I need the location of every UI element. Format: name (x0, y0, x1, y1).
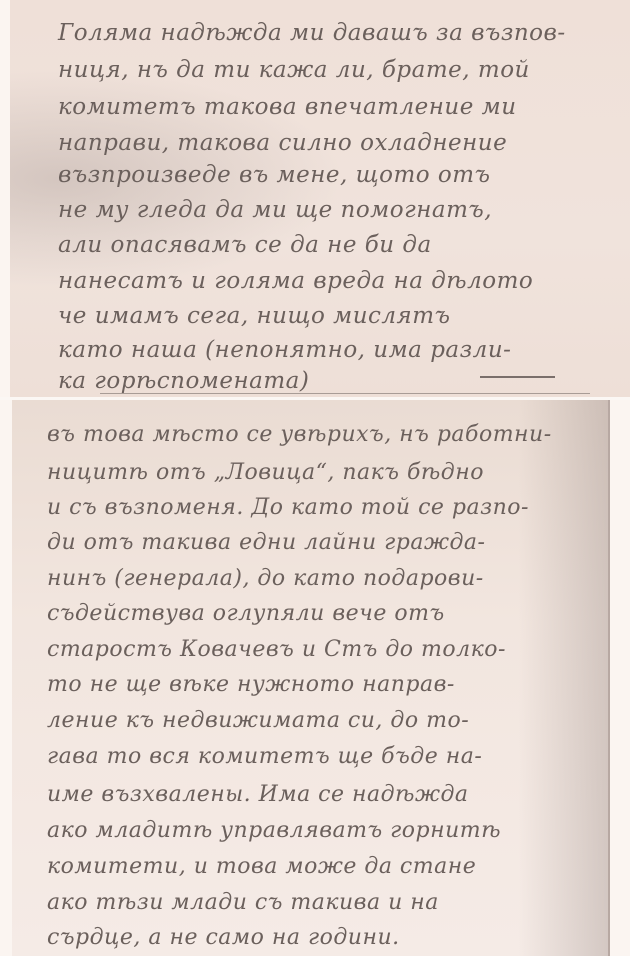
handwritten-line: ление къ недвижимата си, до то- (47, 708, 469, 733)
handwritten-line: старостъ Ковачевъ и Стъ до толко- (47, 637, 506, 662)
letter-fragment-top: Голяма надѣжда ми давашъ за възпов- ниця… (10, 0, 630, 397)
handwritten-line: комитетъ такова впечатление ми (58, 94, 517, 120)
handwritten-line: не му гледа да ми ще помогнатъ, (58, 197, 492, 223)
handwritten-line: въ това мѣсто се увѣрихъ, нъ работни- (47, 422, 552, 447)
handwritten-line: име възхвалены. Има се надѣжда (47, 782, 469, 807)
handwritten-line: сърдце, а не само на години. (47, 925, 400, 950)
handwritten-line: направи, такова силно охладнение (58, 130, 507, 156)
handwritten-line: възпроизведе въ мене, щото отъ (58, 162, 490, 188)
handwritten-line: комитети, и това може да стане (47, 854, 476, 879)
handwritten-line: като наша (непонятно, има разли- (58, 337, 511, 363)
ink-rule (100, 393, 590, 394)
handwritten-line: Голяма надѣжда ми давашъ за възпов- (58, 20, 566, 46)
handwritten-line: али опасявамъ се да не би да (58, 232, 432, 258)
handwritten-line: ако тѣзи млади съ такива и на (47, 890, 439, 915)
handwritten-line: съдействува оглупяли вече отъ (47, 601, 445, 626)
handwritten-line: ницитѣ отъ „Ловица“, пакъ бѣдно (47, 460, 484, 485)
handwritten-line: то не ще вѣке нужното направ- (47, 672, 455, 697)
handwritten-line: гава то вся комитетъ ще бъде на- (47, 744, 482, 769)
letter-fragment-bottom: въ това мѣсто се увѣрихъ, нъ работни- ни… (12, 400, 610, 956)
handwritten-line: ка горѣспомената) (58, 368, 309, 394)
handwritten-line: нинъ (генерала), до като подарови- (47, 566, 484, 591)
handwritten-line: ниця, нъ да ти кажа ли, брате, той (58, 57, 530, 83)
handwritten-line: ди отъ такива едни лайни гражда- (47, 530, 485, 555)
ink-flourish (480, 376, 555, 378)
handwritten-line: нанесатъ и голяма вреда на дѣлото (58, 268, 533, 294)
handwritten-line: и съ възпоменя. До като той се разпо- (47, 495, 529, 520)
handwritten-line: ако младитѣ управляватъ горнитѣ (47, 818, 501, 843)
handwritten-line: че имамъ сега, нищо мислятъ (58, 303, 450, 329)
